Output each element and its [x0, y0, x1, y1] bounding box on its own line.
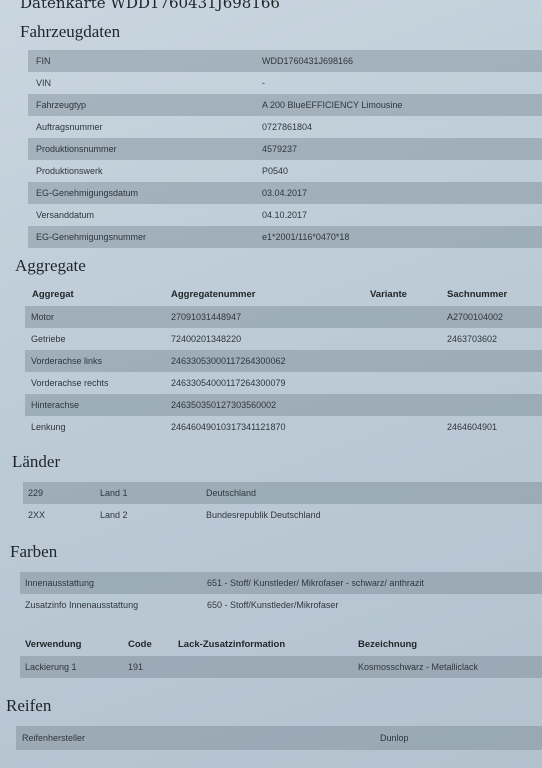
country-name: Deutschland: [206, 482, 256, 504]
table-row: Lackierung 1191Kosmosschwarz - Metallicl…: [20, 656, 542, 678]
row-value: WDD1760431J698166: [262, 50, 353, 72]
column-header: Aggregatenummer: [171, 284, 255, 306]
row-value: 04.10.2017: [262, 204, 307, 226]
row-label: Innenausstattung: [25, 572, 94, 594]
column-header: Verwendung: [25, 634, 81, 656]
table-row: ProduktionswerkP0540: [28, 160, 542, 182]
fahrzeugdaten-table: FINWDD1760431J698166VIN-FahrzeugtypA 200…: [28, 50, 542, 248]
row-label: Produktionswerk: [36, 160, 103, 182]
country-label: Land 1: [100, 482, 128, 504]
table-row: Zusatzinfo Innenausstattung650 - Stoff/K…: [20, 594, 542, 616]
table-row: Getriebe724002013482202463703602: [25, 328, 542, 350]
table-row: EG-Genehmigungsnummere1*2001/116*0470*18: [28, 226, 542, 248]
section-heading-fahrzeugdaten: Fahrzeugdaten: [20, 22, 120, 42]
row-label: Zusatzinfo Innenausstattung: [25, 594, 138, 616]
row-label: VIN: [36, 72, 51, 94]
section-heading-reifen: Reifen: [6, 696, 51, 716]
table-row: Vorderachse rechts2463305400011726430007…: [25, 372, 542, 394]
table-row: Auftragsnummer0727861804: [28, 116, 542, 138]
column-header: Aggregat: [32, 284, 74, 306]
lack-code: 191: [128, 656, 143, 678]
row-value: 651 - Stoff/ Kunstleder/ Mikrofaser - sc…: [207, 572, 424, 594]
laender-table: 229Land 1Deutschland2XXLand 2Bundesrepub…: [23, 482, 542, 526]
reifen-table: ReifenherstellerDunlop: [16, 726, 542, 750]
country-code: 229: [28, 482, 43, 504]
aggregat-name: Getriebe: [31, 328, 66, 350]
aggregat-nummer: 24646049010317341121870: [171, 416, 285, 438]
sachnummer: 2464604901: [447, 416, 497, 438]
row-value: e1*2001/116*0470*18: [262, 226, 349, 248]
table-row: Produktionsnummer4579237: [28, 138, 542, 160]
row-value: 03.04.2017: [262, 182, 307, 204]
aggregate-table: AggregatAggregatenummerVarianteSachnumme…: [25, 284, 542, 438]
section-heading-aggregate: Aggregate: [15, 256, 86, 276]
row-value: 0727861804: [262, 116, 312, 138]
sachnummer: A2700104002: [447, 306, 503, 328]
row-label: Fahrzeugtyp: [36, 94, 86, 116]
aggregat-name: Motor: [31, 306, 54, 328]
row-value: 4579237: [262, 138, 297, 160]
table-row: EG-Genehmigungsdatum03.04.2017: [28, 182, 542, 204]
aggregat-name: Lenkung: [31, 416, 66, 438]
aggregat-name: Vorderachse links: [31, 350, 102, 372]
lack-table: VerwendungCodeLack-ZusatzinformationBeze…: [20, 634, 542, 678]
column-header: Code: [128, 634, 152, 656]
row-label: EG-Genehmigungsdatum: [36, 182, 138, 204]
section-heading-laender: Länder: [12, 452, 60, 472]
row-label: Auftragsnummer: [36, 116, 103, 138]
aggregat-nummer: 24633054000117264300079: [171, 372, 285, 394]
row-label: Reifenhersteller: [22, 726, 85, 750]
row-value: -: [262, 72, 265, 94]
table-row: Vorderachse links24633053000117264300062: [25, 350, 542, 372]
table-row: VIN-: [28, 72, 542, 94]
row-value: P0540: [262, 160, 288, 182]
verwendung: Lackierung 1: [25, 656, 77, 678]
column-header: Sachnummer: [447, 284, 507, 306]
aggregat-nummer: 246350350127303560002: [171, 394, 276, 416]
table-row: Innenausstattung651 - Stoff/ Kunstleder/…: [20, 572, 542, 594]
row-label: Versanddatum: [36, 204, 94, 226]
sachnummer: 2463703602: [447, 328, 497, 350]
aggregat-nummer: 24633053000117264300062: [171, 350, 285, 372]
row-label: FIN: [36, 50, 51, 72]
table-row: Versanddatum04.10.2017: [28, 204, 542, 226]
table-row: ReifenherstellerDunlop: [16, 726, 542, 750]
country-label: Land 2: [100, 504, 128, 526]
bezeichnung: Kosmosschwarz - Metalliclack: [358, 656, 478, 678]
column-header: Lack-Zusatzinformation: [178, 634, 285, 656]
table-row: Hinterachse246350350127303560002: [25, 394, 542, 416]
row-value: 650 - Stoff/Kunstleder/Mikrofaser: [207, 594, 338, 616]
table-row: 2XXLand 2Bundesrepublik Deutschland: [23, 504, 542, 526]
section-heading-farben: Farben: [10, 542, 57, 562]
row-value: A 200 BlueEFFICIENCY Limousine: [262, 94, 402, 116]
aggregat-name: Hinterachse: [31, 394, 79, 416]
farben-table: Innenausstattung651 - Stoff/ Kunstleder/…: [20, 572, 542, 616]
country-name: Bundesrepublik Deutschland: [206, 504, 321, 526]
aggregat-nummer: 72400201348220: [171, 328, 241, 350]
column-header: Variante: [370, 284, 407, 306]
table-row: 229Land 1Deutschland: [23, 482, 542, 504]
table-row: Motor27091031448947A2700104002: [25, 306, 542, 328]
column-header: Bezeichnung: [358, 634, 417, 656]
row-label: Produktionsnummer: [36, 138, 117, 160]
row-label: EG-Genehmigungsnummer: [36, 226, 146, 248]
table-row: FahrzeugtypA 200 BlueEFFICIENCY Limousin…: [28, 94, 542, 116]
row-value: Dunlop: [380, 726, 409, 750]
table-header-row: VerwendungCodeLack-ZusatzinformationBeze…: [20, 634, 542, 656]
document-title: Datenkarte WDD1760431J698166: [20, 0, 280, 12]
country-code: 2XX: [28, 504, 45, 526]
table-row: FINWDD1760431J698166: [28, 50, 542, 72]
table-header-row: AggregatAggregatenummerVarianteSachnumme…: [25, 284, 542, 306]
aggregat-nummer: 27091031448947: [171, 306, 241, 328]
table-row: Lenkung246460490103173411218702464604901: [25, 416, 542, 438]
aggregat-name: Vorderachse rechts: [31, 372, 109, 394]
